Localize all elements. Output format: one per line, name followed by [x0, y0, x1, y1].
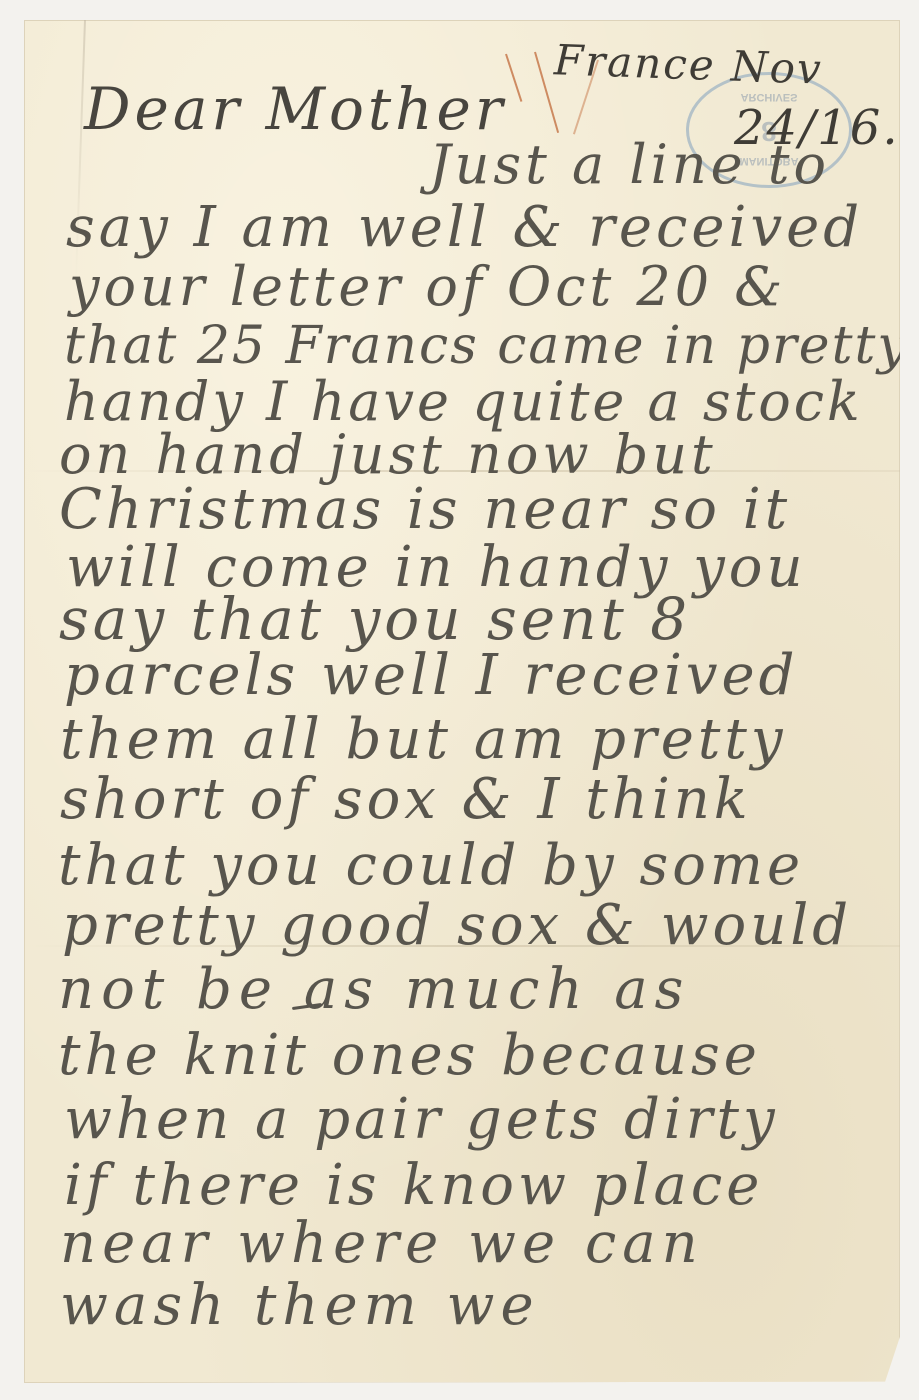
- letter-line: your letter of Oct 20 &: [69, 260, 786, 314]
- red-pencil-mark: [505, 54, 522, 102]
- letter-page: MANITOBA 8 ARCHIVES France Nov 24/16. De…: [24, 20, 900, 1383]
- letter-line: if there is know place: [64, 1158, 763, 1214]
- letter-line: the knit ones because: [58, 1028, 761, 1084]
- letter-line: Christmas is near so it: [59, 482, 791, 538]
- letter-line: handy I have quite a stock: [64, 375, 863, 429]
- letter-line: say that you sent 8: [59, 590, 691, 648]
- letter-line: Just a line to: [429, 138, 830, 192]
- letter-place-date: France Nov: [553, 35, 823, 93]
- letter-line: parcels well I received: [64, 648, 799, 704]
- letter-line: pretty good sox & would: [62, 898, 852, 954]
- letter-salutation: Dear Mother: [84, 80, 507, 138]
- letter-line: say I am well & received: [66, 200, 863, 256]
- letter-line: short of sox & I think: [60, 772, 752, 828]
- letter-line: them all but am pretty: [60, 712, 787, 768]
- letter-line: when a pair gets dirty: [64, 1092, 779, 1148]
- letter-line: that you could by some: [58, 838, 804, 894]
- letter-line: near where we can: [60, 1216, 704, 1272]
- letter-line: not be as much as: [58, 962, 690, 1018]
- letter-line: wash them we: [60, 1278, 540, 1334]
- letter-line: on hand just now but: [59, 428, 717, 482]
- letter-line: that 25 Francs came in pretty: [64, 320, 909, 372]
